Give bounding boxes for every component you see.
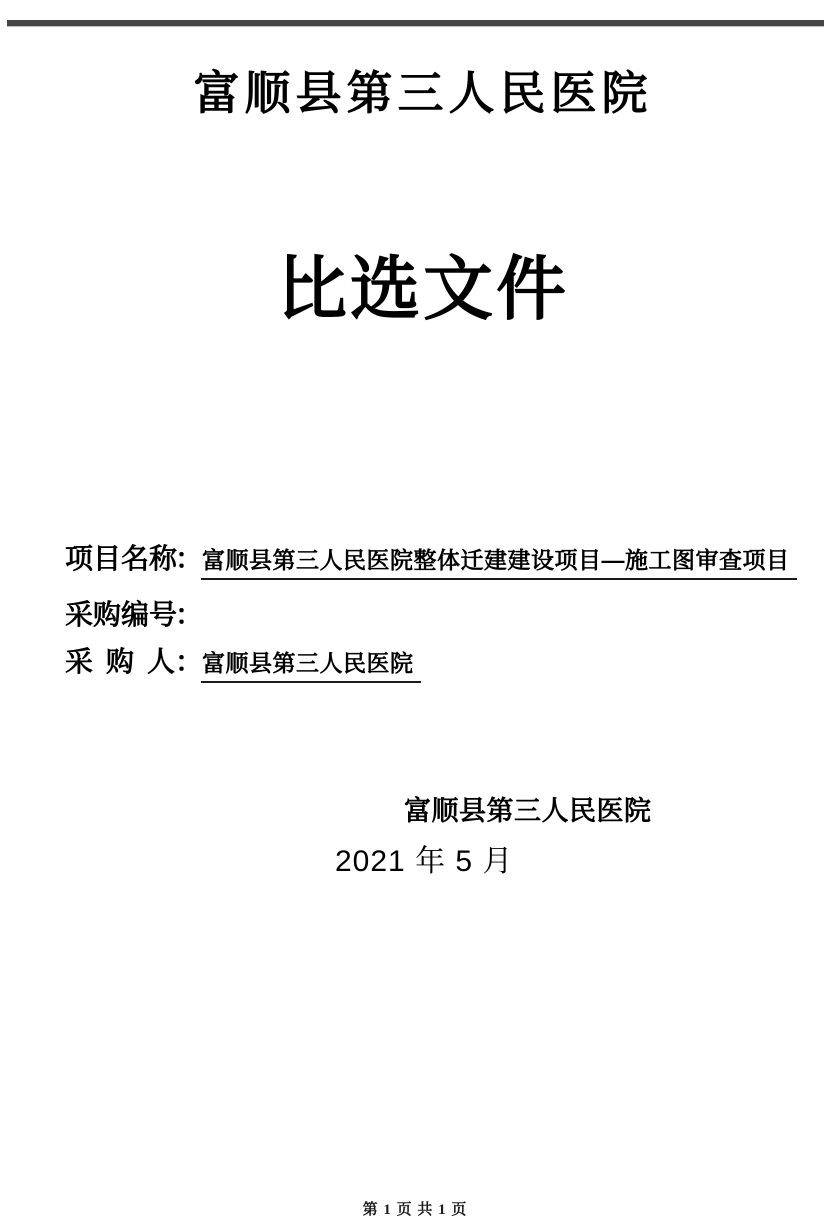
purchaser-colon: ： <box>175 644 201 680</box>
field-row-purchaser: 采购人：富顺县第三人民医院 <box>65 644 800 680</box>
document-cover-page: 富顺县第三人民医院 比选文件 项目名称：富顺县第三人民医院整体迁建建设项目—施工… <box>0 0 830 1225</box>
project-name-label: 项目名称 <box>65 541 175 577</box>
organization-title: 富顺县第三人民医院 <box>16 70 830 116</box>
procurement-no-colon: ： <box>175 597 201 633</box>
purchaser-label: 采购人 <box>65 644 175 680</box>
document-title: 比选文件 <box>16 254 830 324</box>
project-name-value: 富顺县第三人民医院整体迁建建设项目—施工图审查项目 <box>201 545 797 580</box>
signature-date: 2021 年 5 月 <box>335 847 513 877</box>
top-horizontal-rule <box>7 20 824 27</box>
purchaser-value: 富顺县第三人民医院 <box>201 648 421 683</box>
project-name-colon: ： <box>175 541 201 577</box>
field-row-procurement-no: 采购编号： <box>65 597 800 633</box>
signature-organization: 富顺县第三人民医院 <box>404 798 652 825</box>
procurement-no-label: 采购编号 <box>65 597 175 633</box>
procurement-no-value <box>201 621 209 624</box>
page-number-indicator: 第 1 页 共 1 页 <box>0 1198 830 1219</box>
field-row-project-name: 项目名称：富顺县第三人民医院整体迁建建设项目—施工图审查项目 <box>65 541 800 577</box>
fields-block: 项目名称：富顺县第三人民医院整体迁建建设项目—施工图审查项目 采购编号： 采购人… <box>65 541 800 680</box>
